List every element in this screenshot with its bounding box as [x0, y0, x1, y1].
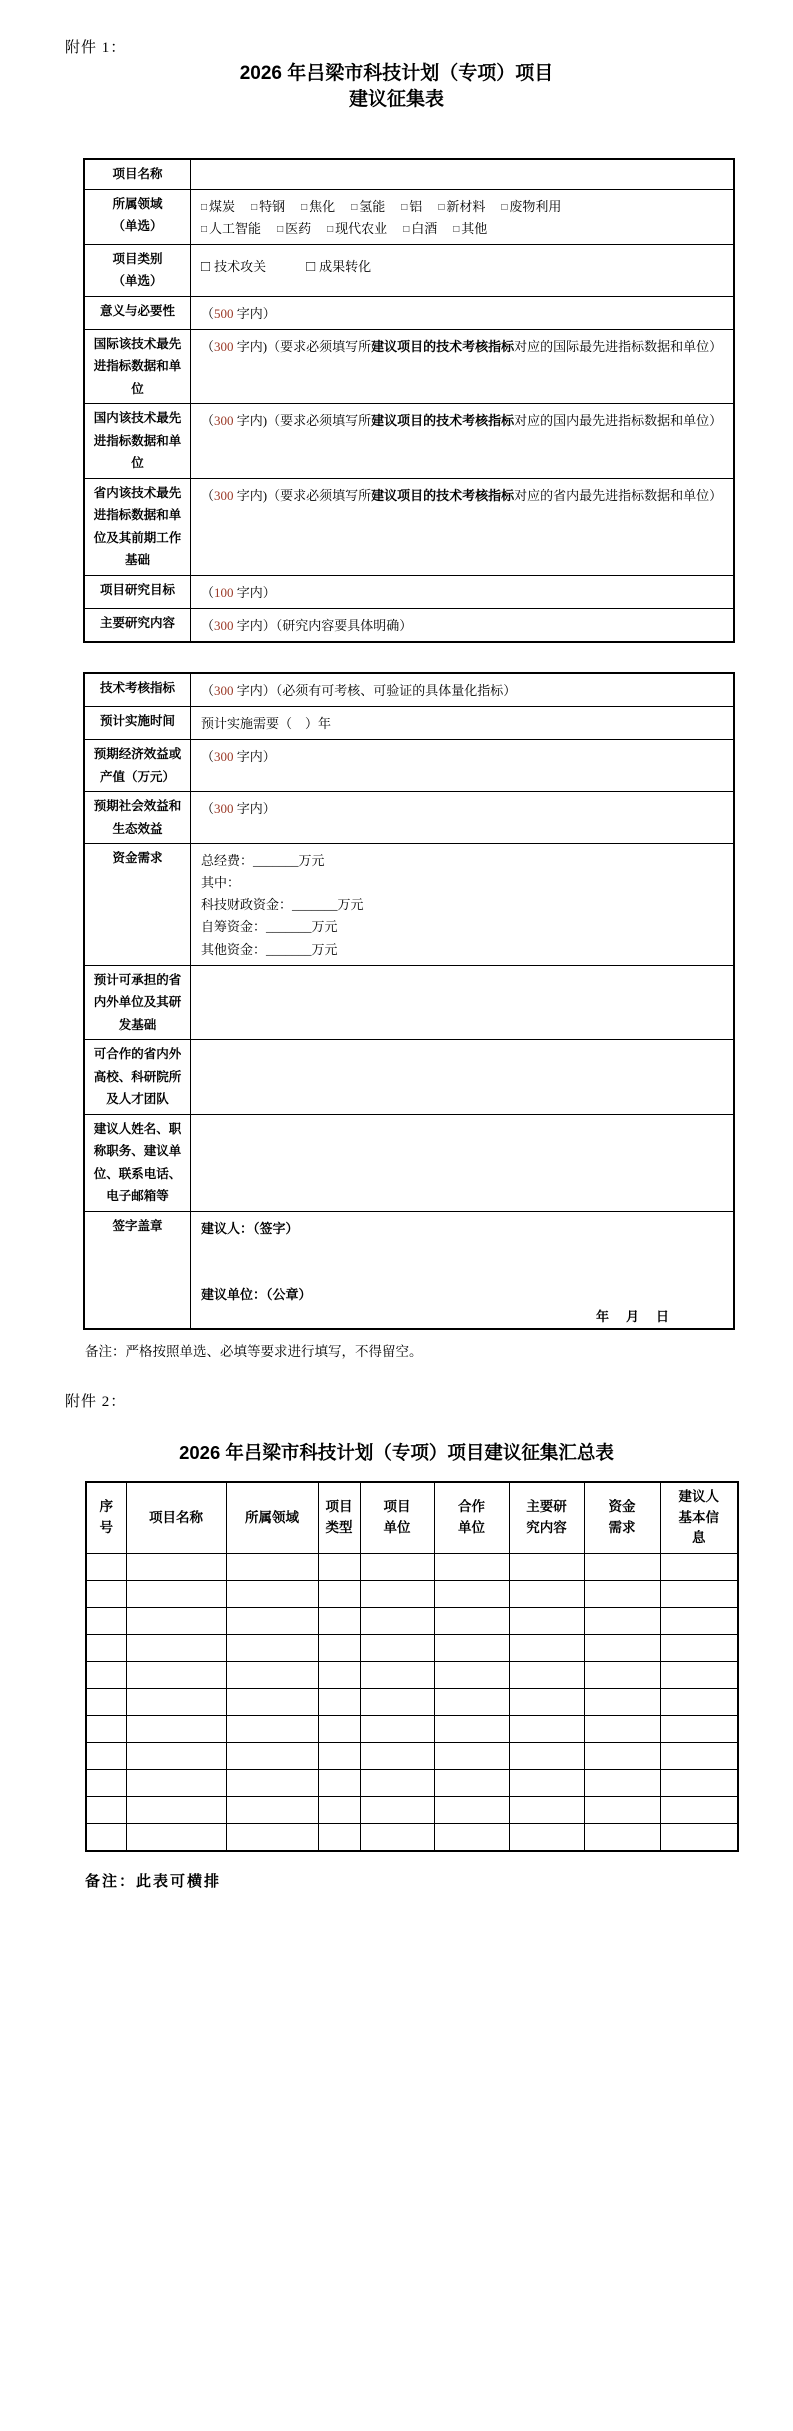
row-content	[191, 965, 735, 1040]
summary-empty-cell	[318, 1797, 360, 1824]
summary-empty-cell	[226, 1635, 318, 1662]
summary-empty-cell	[226, 1770, 318, 1797]
row-content: 建议人：（签字）建议单位：（公章）年 月 日	[191, 1211, 735, 1329]
form2-summary-table: 序 号项目名称所属领域项目 类型项目 单位合作 单位主要研 究内容资金 需求建议…	[85, 1481, 739, 1853]
summary-empty-row	[86, 1716, 738, 1743]
summary-empty-cell	[226, 1743, 318, 1770]
summary-empty-cell	[434, 1581, 509, 1608]
summary-empty-cell	[86, 1689, 126, 1716]
field-option: □煤炭	[201, 199, 235, 214]
checkbox-icon: □	[306, 259, 315, 275]
summary-empty-cell	[434, 1662, 509, 1689]
summary-empty-cell	[86, 1743, 126, 1770]
row-economic-benefit: 预期经济效益或产值（万元）（300 字内）	[84, 740, 734, 792]
row-content: （300 字内)（要求必须填写所建议项目的技术考核指标对应的省内最先进指标数据和…	[191, 478, 735, 575]
summary-empty-cell	[660, 1608, 738, 1635]
row-label: 省内该技术最先进指标数据和单位及其前期工作基础	[84, 478, 191, 575]
row-field: 所属领域（单选）□煤炭□特钢□焦化□氢能□铝□新材料□废物利用□人工智能□医药□…	[84, 189, 734, 244]
form1-table-part1: 项目名称所属领域（单选）□煤炭□特钢□焦化□氢能□铝□新材料□废物利用□人工智能…	[83, 158, 735, 643]
summary-header-cell: 合作 单位	[434, 1482, 509, 1554]
summary-empty-cell	[226, 1716, 318, 1743]
summary-empty-cell	[318, 1824, 360, 1852]
row-proposer-info: 建议人姓名、职称职务、建议单位、联系电话、电子邮箱等	[84, 1114, 734, 1211]
field-option: □其他	[453, 221, 487, 236]
row-domestic-benchmark: 国内该技术最先进指标数据和单位（300 字内)（要求必须填写所建议项目的技术考核…	[84, 404, 734, 479]
summary-empty-cell	[660, 1662, 738, 1689]
checkbox-icon: □	[403, 224, 409, 235]
checkbox-icon: □	[327, 224, 333, 235]
summary-empty-cell	[584, 1716, 660, 1743]
row-significance: 意义与必要性（500 字内）	[84, 296, 734, 329]
summary-empty-cell	[360, 1581, 434, 1608]
summary-header-cell: 项目 类型	[318, 1482, 360, 1554]
row-content: （300 字内)（要求必须填写所建议项目的技术考核指标对应的国际最先进指标数据和…	[191, 329, 735, 404]
checkbox-icon: □	[251, 202, 257, 213]
row-label: 国内该技术最先进指标数据和单位	[84, 404, 191, 479]
summary-empty-cell	[509, 1581, 584, 1608]
form1-note: 备注：严格按照单选、必填等要求进行填写，不得留空。	[85, 1340, 793, 1360]
row-content	[191, 159, 735, 189]
summary-empty-row	[86, 1689, 738, 1716]
checkbox-icon: □	[438, 202, 444, 213]
summary-empty-cell	[226, 1662, 318, 1689]
summary-empty-cell	[126, 1689, 226, 1716]
summary-empty-cell	[318, 1635, 360, 1662]
summary-empty-cell	[509, 1635, 584, 1662]
checkbox-icon: □	[401, 202, 407, 213]
row-content: （300 字内）	[191, 740, 735, 792]
summary-header-cell: 资金 需求	[584, 1482, 660, 1554]
summary-empty-cell	[318, 1716, 360, 1743]
summary-header-cell: 建议人 基本信 息	[660, 1482, 738, 1554]
funding-line: 总经费：_______万元	[201, 850, 723, 872]
field-option: □氢能	[351, 199, 385, 214]
row-content: □煤炭□特钢□焦化□氢能□铝□新材料□废物利用□人工智能□医药□现代农业□白酒□…	[191, 189, 735, 244]
summary-empty-cell	[434, 1554, 509, 1581]
row-label: 签字盖章	[84, 1211, 191, 1329]
summary-empty-cell	[509, 1797, 584, 1824]
summary-empty-cell	[584, 1635, 660, 1662]
summary-empty-cell	[126, 1608, 226, 1635]
summary-empty-cell	[226, 1608, 318, 1635]
summary-empty-cell	[86, 1716, 126, 1743]
summary-empty-cell	[318, 1662, 360, 1689]
summary-empty-cell	[660, 1743, 738, 1770]
field-option: □废物利用	[501, 199, 561, 214]
summary-empty-cell	[434, 1635, 509, 1662]
summary-empty-cell	[360, 1770, 434, 1797]
field-option: □现代农业	[327, 221, 387, 236]
summary-empty-cell	[509, 1662, 584, 1689]
summary-empty-cell	[86, 1581, 126, 1608]
summary-header-cell: 项目名称	[126, 1482, 226, 1554]
row-label: 资金需求	[84, 844, 191, 965]
checkbox-icon: □	[351, 202, 357, 213]
summary-empty-cell	[360, 1743, 434, 1770]
row-content: （300 字内）	[191, 792, 735, 844]
summary-empty-cell	[434, 1797, 509, 1824]
summary-empty-row	[86, 1770, 738, 1797]
summary-empty-cell	[226, 1824, 318, 1852]
row-content: （500 字内）	[191, 296, 735, 329]
summary-empty-cell	[660, 1635, 738, 1662]
summary-empty-cell	[660, 1797, 738, 1824]
row-label: 项目类别（单选）	[84, 244, 191, 296]
row-funding: 资金需求总经费：_______万元其中：科技财政资金：_______万元自筹资金…	[84, 844, 734, 965]
row-content: 预计实施需要（ ）年	[191, 707, 735, 740]
funding-line: 科技财政资金：_______万元	[201, 894, 723, 916]
summary-empty-cell	[360, 1635, 434, 1662]
checkbox-icon: □	[201, 259, 210, 275]
row-content: （300 字内)（要求必须填写所建议项目的技术考核指标对应的国内最先进指标数据和…	[191, 404, 735, 479]
field-option: □医药	[277, 221, 311, 236]
row-label: 技术考核指标	[84, 673, 191, 707]
row-label: 所属领域（单选）	[84, 189, 191, 244]
summary-empty-cell	[584, 1824, 660, 1852]
summary-empty-cell	[660, 1716, 738, 1743]
summary-empty-cell	[126, 1797, 226, 1824]
summary-empty-cell	[360, 1689, 434, 1716]
checkbox-icon: □	[201, 224, 207, 235]
summary-empty-row	[86, 1797, 738, 1824]
summary-empty-cell	[509, 1716, 584, 1743]
summary-empty-cell	[126, 1581, 226, 1608]
summary-empty-row	[86, 1824, 738, 1852]
row-label: 建议人姓名、职称职务、建议单位、联系电话、电子邮箱等	[84, 1114, 191, 1211]
summary-empty-cell	[660, 1824, 738, 1852]
summary-empty-cell	[584, 1608, 660, 1635]
row-label: 预计实施时间	[84, 707, 191, 740]
summary-empty-cell	[584, 1689, 660, 1716]
summary-empty-row	[86, 1581, 738, 1608]
summary-empty-cell	[360, 1608, 434, 1635]
row-signature: 签字盖章建议人：（签字）建议单位：（公章）年 月 日	[84, 1211, 734, 1329]
checkbox-icon: □	[301, 202, 307, 213]
summary-empty-cell	[318, 1581, 360, 1608]
row-label: 项目名称	[84, 159, 191, 189]
form2-title: 2026 年吕梁市科技计划（专项）项目建议征集汇总表	[0, 1439, 793, 1465]
field-option: □焦化	[301, 199, 335, 214]
summary-empty-cell	[318, 1743, 360, 1770]
row-label: 预期经济效益或产值（万元）	[84, 740, 191, 792]
summary-empty-cell	[434, 1716, 509, 1743]
field-option: □成果转化	[306, 259, 371, 274]
date-line: 年 月 日	[201, 1306, 723, 1328]
field-options-line1: □煤炭□特钢□焦化□氢能□铝□新材料□废物利用	[201, 196, 723, 218]
checkbox-icon: □	[201, 202, 207, 213]
summary-empty-cell	[509, 1689, 584, 1716]
row-intl-benchmark: 国际该技术最先进指标数据和单位（300 字内)（要求必须填写所建议项目的技术考核…	[84, 329, 734, 404]
row-label: 预期社会效益和生态效益	[84, 792, 191, 844]
summary-empty-cell	[360, 1797, 434, 1824]
form1-title-line2: 建议征集表	[0, 87, 793, 113]
summary-empty-cell	[360, 1662, 434, 1689]
summary-empty-row	[86, 1662, 738, 1689]
form1-table-part2: 技术考核指标（300 字内）（必须有可考核、可验证的具体量化指标）预计实施时间预…	[83, 672, 735, 1330]
summary-empty-cell	[318, 1554, 360, 1581]
attachment1-label: 附件 1：	[65, 36, 793, 57]
field-options-line2: □人工智能□医药□现代农业□白酒□其他	[201, 218, 723, 240]
summary-header-cell: 序 号	[86, 1482, 126, 1554]
summary-header-row: 序 号项目名称所属领域项目 类型项目 单位合作 单位主要研 究内容资金 需求建议…	[86, 1482, 738, 1554]
row-label: 可合作的省内外高校、科研院所及人才团队	[84, 1040, 191, 1115]
summary-empty-cell	[509, 1824, 584, 1852]
summary-empty-cell	[318, 1689, 360, 1716]
summary-empty-cell	[126, 1662, 226, 1689]
row-content: （300 字内）（必须有可考核、可验证的具体量化指标）	[191, 673, 735, 707]
row-category: 项目类别（单选）□技术攻关□成果转化	[84, 244, 734, 296]
summary-empty-cell	[434, 1689, 509, 1716]
field-option: □人工智能	[201, 221, 261, 236]
summary-empty-cell	[584, 1743, 660, 1770]
category-options: □技术攻关□成果转化	[201, 255, 723, 281]
funding-line: 自筹资金：_______万元	[201, 916, 723, 938]
checkbox-icon: □	[277, 224, 283, 235]
summary-empty-cell	[434, 1770, 509, 1797]
summary-empty-row	[86, 1608, 738, 1635]
summary-empty-cell	[584, 1797, 660, 1824]
summary-empty-cell	[318, 1770, 360, 1797]
field-option: □新材料	[438, 199, 485, 214]
summary-empty-cell	[360, 1824, 434, 1852]
summary-empty-cell	[226, 1554, 318, 1581]
summary-header-cell: 主要研 究内容	[509, 1482, 584, 1554]
summary-empty-cell	[318, 1608, 360, 1635]
summary-empty-cell	[86, 1797, 126, 1824]
summary-empty-cell	[360, 1554, 434, 1581]
row-content	[191, 1114, 735, 1211]
funding-line: 其中：	[201, 872, 723, 894]
summary-empty-cell	[584, 1770, 660, 1797]
form1-title-line1: 2026 年吕梁市科技计划（专项）项目	[0, 61, 793, 87]
summary-empty-cell	[126, 1716, 226, 1743]
field-option: □白酒	[403, 221, 437, 236]
summary-empty-cell	[226, 1581, 318, 1608]
row-project-name: 项目名称	[84, 159, 734, 189]
summary-empty-row	[86, 1635, 738, 1662]
summary-empty-cell	[226, 1797, 318, 1824]
summary-header-cell: 项目 单位	[360, 1482, 434, 1554]
row-cooperation: 可合作的省内外高校、科研院所及人才团队	[84, 1040, 734, 1115]
row-label: 主要研究内容	[84, 608, 191, 642]
summary-empty-cell	[434, 1608, 509, 1635]
summary-empty-cell	[660, 1689, 738, 1716]
proposer-sign-line: 建议人：（签字）	[201, 1218, 723, 1240]
summary-empty-cell	[126, 1554, 226, 1581]
summary-empty-cell	[86, 1635, 126, 1662]
summary-empty-cell	[509, 1608, 584, 1635]
summary-empty-row	[86, 1743, 738, 1770]
summary-empty-cell	[434, 1743, 509, 1770]
row-content	[191, 1040, 735, 1115]
row-content: □技术攻关□成果转化	[191, 244, 735, 296]
row-assessment: 技术考核指标（300 字内）（必须有可考核、可验证的具体量化指标）	[84, 673, 734, 707]
row-label: 预计可承担的省内外单位及其研发基础	[84, 965, 191, 1040]
funding-line: 其他资金：_______万元	[201, 939, 723, 961]
form2-note: 备注：此表可横排	[85, 1870, 793, 1891]
row-content: （100 字内）	[191, 575, 735, 608]
row-content: （300 字内）（研究内容要具体明确）	[191, 608, 735, 642]
summary-empty-cell	[660, 1554, 738, 1581]
row-research-content: 主要研究内容（300 字内）（研究内容要具体明确）	[84, 608, 734, 642]
summary-empty-cell	[584, 1581, 660, 1608]
summary-empty-cell	[509, 1770, 584, 1797]
unit-seal-line: 建议单位：（公章）	[201, 1284, 723, 1306]
summary-empty-cell	[126, 1635, 226, 1662]
row-content: 总经费：_______万元其中：科技财政资金：_______万元自筹资金：___…	[191, 844, 735, 965]
summary-empty-cell	[660, 1770, 738, 1797]
row-provincial-benchmark: 省内该技术最先进指标数据和单位及其前期工作基础（300 字内)（要求必须填写所建…	[84, 478, 734, 575]
checkbox-icon: □	[501, 202, 507, 213]
summary-empty-cell	[126, 1743, 226, 1770]
field-option: □铝	[401, 199, 422, 214]
field-option: □技术攻关	[201, 259, 266, 274]
summary-empty-cell	[126, 1824, 226, 1852]
summary-empty-cell	[86, 1662, 126, 1689]
row-undertaker: 预计可承担的省内外单位及其研发基础	[84, 965, 734, 1040]
summary-header-cell: 所属领域	[226, 1482, 318, 1554]
summary-empty-cell	[360, 1716, 434, 1743]
summary-empty-row	[86, 1554, 738, 1581]
row-label: 国际该技术最先进指标数据和单位	[84, 329, 191, 404]
row-research-goal: 项目研究目标（100 字内）	[84, 575, 734, 608]
summary-empty-cell	[509, 1554, 584, 1581]
summary-empty-cell	[509, 1743, 584, 1770]
document-page: 附件 1： 2026 年吕梁市科技计划（专项）项目 建议征集表 项目名称所属领域…	[0, 0, 793, 2431]
checkbox-icon: □	[453, 224, 459, 235]
summary-empty-cell	[86, 1770, 126, 1797]
summary-empty-cell	[584, 1662, 660, 1689]
attachment2-label: 附件 2：	[65, 1390, 793, 1411]
row-duration: 预计实施时间预计实施需要（ ）年	[84, 707, 734, 740]
summary-empty-cell	[126, 1770, 226, 1797]
summary-empty-cell	[660, 1581, 738, 1608]
summary-empty-cell	[584, 1554, 660, 1581]
field-option: □特钢	[251, 199, 285, 214]
summary-empty-cell	[86, 1608, 126, 1635]
summary-empty-cell	[226, 1689, 318, 1716]
row-label: 项目研究目标	[84, 575, 191, 608]
signature-block: 建议人：（签字）建议单位：（公章）年 月 日	[201, 1218, 723, 1324]
row-social-benefit: 预期社会效益和生态效益（300 字内）	[84, 792, 734, 844]
summary-empty-cell	[86, 1824, 126, 1852]
row-label: 意义与必要性	[84, 296, 191, 329]
summary-empty-cell	[434, 1824, 509, 1852]
summary-empty-cell	[86, 1554, 126, 1581]
